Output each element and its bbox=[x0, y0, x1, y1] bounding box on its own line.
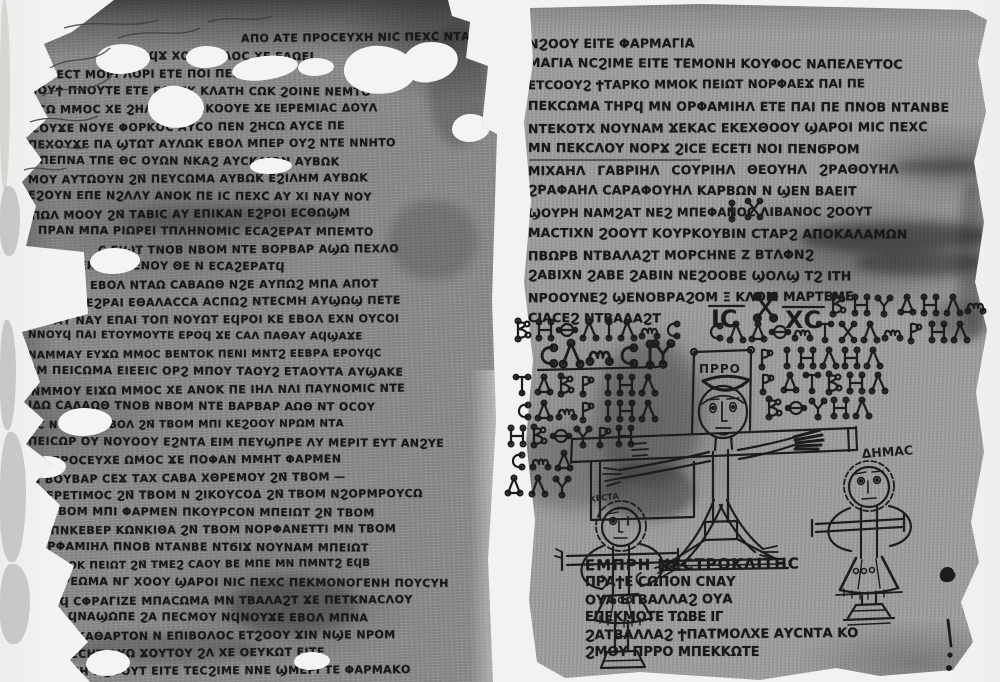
text-line: ϨΡΑΦΑΗΛ ϹΑΡΑΦΟΥΗΛ ΚΑΡΒΩΝ Ν ϢΕΝ ΒΑΕΙΤ bbox=[528, 179, 990, 202]
text-line: ϨΜΟΥ ΠΡΡΟ ΜΠΕΚΚΩΤΕ bbox=[585, 644, 895, 662]
mount-fibre bbox=[0, 320, 16, 430]
left-page-text: ΑΠΟ ΑΤΕ ΠΡΟϹΕΥΧΗ ΝΙϹ̄ ΠΕΧϹ̄ ΝΤΑ ΕϤϪΛΥΛΕϤ… bbox=[28, 30, 492, 679]
text-line: ΝΤΕΚΟΤΧ ΝΟΥΝΑΜ ϪΕΚΑϹ ΕΚΕΧΘΟΟΥ ϢΑΡΟΙ ΜΙϹ̄… bbox=[528, 116, 990, 140]
mount-fibre bbox=[0, 0, 10, 190]
text-line: ΜΝ ΠΕΚϹΛΟΥ ΝΟΡϪ ϨΙϹΕ ΕϹΕΤΙ ΝΟΙ ΠΕΝϬΡΟΜ bbox=[528, 137, 990, 160]
text-line: ΠΡΑΝ ΜΠΑ ΡΙΩΡΕΙ ΤΠΛΗΝΟΜΙϹ ΕϹΑϨΕΡΑΤ ΜΠΕΜΤ… bbox=[28, 222, 492, 242]
left-page: ΑΠΟ ΑΤΕ ΠΡΟϹΕΥΧΗ ΝΙϹ̄ ΠΕΧϹ̄ ΝΤΑ ΕϤϪΛΥΛΕϤ… bbox=[22, 0, 498, 682]
text-line: ϹΙΑϹΕϨ ΝΤΒΑΛΑϨΤ bbox=[528, 307, 990, 329]
mount-fibre bbox=[0, 564, 30, 644]
text-line: ϨΑΒΙΧΝ ϨΑΒΕ ϨΑΒΙΝ ΝΕϨΟΟΒΕ ϢΟΛϢ ΤϨ ΙΤΗ bbox=[528, 264, 990, 287]
text-line: ΝϨΕΡΕΤΙΜΟϹ ϨΝ̄ ΤΒΟΜ Ν ϨΙΚΟΥϹΟΔ ϨΝ̄ ΤΒΟΜ … bbox=[28, 485, 492, 505]
text-line: ΠΒΩΡΒ ΝΤΒΑΛΑϨΤ ΜΟΡϹΗΝΕ Ζ ΒΤΛΦΝϨ bbox=[528, 243, 990, 267]
text-line: ΕΜΠΡΗ ΝΕϹΤΡΟΚΛΙΤΗϹ bbox=[585, 555, 895, 575]
right-page-lower-text: ΕΜΠΡΗ ΝΕϹΤΡΟΚΛΙΤΗϹΠΡΑϮΕ ϹΩΠΟΝ ϹΝΑΥΟΥΑ ΕΤ… bbox=[585, 556, 895, 662]
manuscript-photo: ΑΠΟ ΑΤΕ ΠΡΟϹΕΥΧΗ ΝΙϹ̄ ΠΕΧϹ̄ ΝΤΑ ΕϤϪΛΥΛΕϤ… bbox=[0, 0, 1000, 682]
text-line: ΟΥΑ ΕΤΒΑΛΛΑϨ ΟΥΑ bbox=[585, 590, 895, 610]
text-line: ΕΡΟϤ ϤΝΑϢΩΠΕ ϨΑ ΠΕϹΜΟΥ ΝϤΝΟΥϪΕ ΕΒΟΛ ΜΠΝΑ bbox=[28, 608, 492, 628]
text-line: ΠΡΑϮΕ ϹΩΠΟΝ ϹΝΑΥ bbox=[585, 574, 895, 592]
text-line: ΝϨΟΟΥ ΕΙΤΕ ΦΑΡΜΑΓΙΑ bbox=[528, 32, 990, 54]
mount-fibre bbox=[0, 432, 26, 562]
text-line: ΜΑϹΤΙΧΝ ϨΟΟΥΤ ΚΟΥΡΚΟΥΒΙΝ ϹΤΑΡϨ ΑΠΟΚΑΛΑΜΩ… bbox=[528, 222, 990, 245]
text-line: ΝΡΟΟΥΝΕϨ ϢΕΝΟΒΡΑϨΟΜ Ξ ΚΛΟΜ ΜΑΡΤΕΜΕ bbox=[528, 285, 990, 309]
text-line: ΜΙΧΑΗΛ ΓΑΒΡΙΗΛ ϹΟΥΡΙΗΛ ΘΕΟΥΗΛ ϨΡΑΘΟΥΗΛ bbox=[528, 158, 990, 182]
text-line: ΠΕΚϹΩΜΑ ΤΗΡϤ ΜΝ ΟΡΦΑΜΙΗΛ ΕΤΕ ΠΑΙ ΠΕ ΠΝΟΒ… bbox=[528, 95, 990, 118]
text-line: ϢΟΥΡΗ ΝΑΜϨΑΤ ΝΕϨ ΜΠΕΦΑΝΟϹ ΛΙΒΑΝΟϹ ϨΟΟΥΤ bbox=[528, 200, 990, 224]
text-line: ΕΤϹΟΟΥϨ ϮΤΑΡΚΟ ΜΜΟΚ ΠΕΙΩΤ ΝΟΡΦΑΕϪ ΠΑΙ ΠΕ bbox=[528, 73, 990, 97]
right-page: ΝϨΟΟΥ ΕΙΤΕ ΦΑΡΜΑΓΙΑΜΑΓΙΑ ΝϹϨΙΜΕ ΕΙΤΕ ΤΕΜ… bbox=[505, 0, 995, 682]
ink-stain bbox=[513, 428, 633, 508]
mount-fibre bbox=[0, 186, 20, 256]
text-line: ΝϹΤΕΡΕΩΜΑ ΝΓ ΧΟΟΥ ϢΑΡΟΙ ΝΙϹ̄ ΠΕΧϹ̄ ΠΕΚΜΟ… bbox=[28, 573, 492, 593]
right-page-text: ΝϨΟΟΥ ΕΙΤΕ ΦΑΡΜΑΓΙΑΜΑΓΙΑ ΝϹϨΙΜΕ ΕΙΤΕ ΤΕΜ… bbox=[528, 32, 990, 329]
text-line: ϨΑΤΒΑΛΛΑϨ ϮΠΑΤΜΟΛΧΕ ΑΥϹΝΤΑ ΚΟ bbox=[585, 625, 895, 645]
text-line: ΜΑΓΙΑ ΝϹϨΙΜΕ ΕΙΤΕ ΤΕΜΟΝΗ ΚΟΥΦΟϹ ΝΑΠΕΛΕΥΤ… bbox=[528, 52, 990, 75]
text-line: ΕΠΕΚΜΟΤΕ ΤΩΒΕ ΙΓ bbox=[585, 609, 895, 627]
